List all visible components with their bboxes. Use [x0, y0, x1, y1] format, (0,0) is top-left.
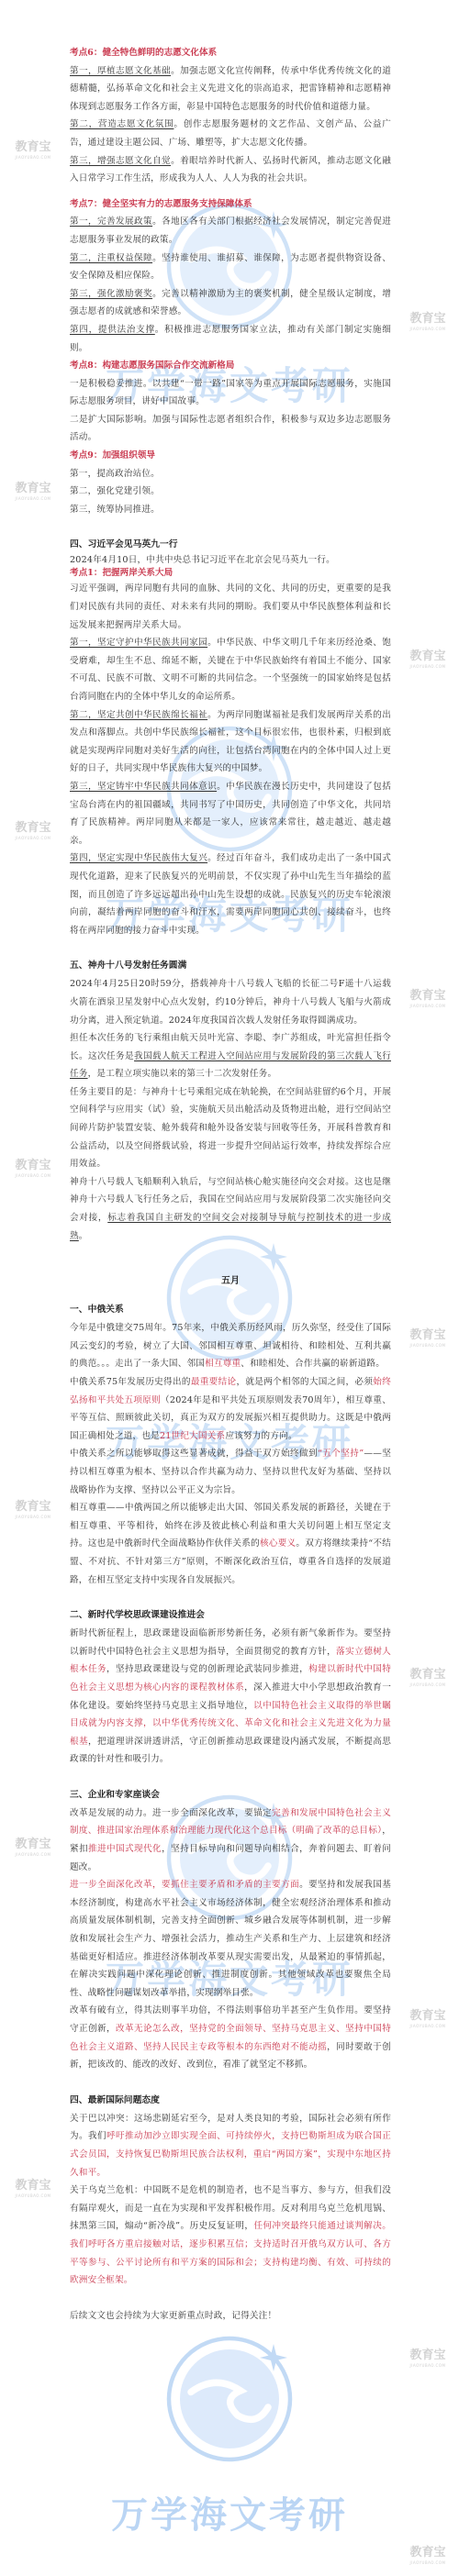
kaodian7-title: 考点7：健全坚实有力的志愿服务支持保障体系: [70, 195, 391, 214]
kaodian8-title: 考点8：构建志愿服务国际合作交流新格局: [70, 357, 391, 375]
section-heading-china-russia: 一、中俄关系: [70, 1301, 391, 1319]
section-heading-shenzhou18: 五、神舟十八号发射任务圆满: [70, 957, 391, 975]
side-watermark: 教育宝JIAOYUBAO.COM: [9, 140, 57, 161]
brand-logo-text: 万学海文考研: [96, 2486, 363, 2538]
ideological-course-p: 新时代新征程上，思政课建设面临新形势新任务，必须有新气象新作为。要坚持以新时代中…: [70, 1625, 391, 1769]
china-russia-p2: 中俄关系75年发展历史得出的最重要结论，就是两个相邻的大国之间，必须始终弘扬和平…: [70, 1373, 391, 1445]
kaodian6-item-3: 第三，增强志愿文化自觉。着眼培养时代新人、弘扬时代新风，推动志愿文化融入日常学习…: [70, 152, 391, 188]
cross-strait-item-2: 第二，坚定共创中华民族绵长福祉。为两岸同胞谋福祉是我们发展两岸关系的出发点和落脚…: [70, 706, 391, 778]
shenzhou18-crew: 担任本次任务的飞行乘组由航天员叶光富、李聪、李广苏组成，叶光富担任指令长。这次任…: [70, 1029, 391, 1083]
side-watermark: 教育宝JIAOYUBAO.COM: [9, 2179, 57, 2199]
side-watermark: 教育宝JIAOYUBAO.COM: [404, 1668, 452, 1688]
kaodian9-item-2: 第二，强化党建引领。: [70, 483, 391, 501]
cross-strait-intro: 习近平强调，两岸同胞有共同的血脉、共同的文化、共同的历史，更重要的是我们对民族有…: [70, 580, 391, 634]
section-heading-international-issues: 四、最新国际问题态度: [70, 2092, 391, 2110]
enterprise-forum-p3: 改革有破有立，得其法则事半功倍，不得法则事倍功半甚至产生负作用。要坚持守正创新，…: [70, 2002, 391, 2073]
document-body: 考点6：健全特色鲜明的志愿文化体系 第一，厚植志愿文化基础。加强志愿文化宣传阐释…: [70, 44, 391, 2325]
enterprise-forum-p2: 进一步全面深化改革，要抓住主要矛盾和矛盾的主要方面。要坚持和发展我国基本经济制度…: [70, 1876, 391, 2002]
side-watermark: 教育宝JIAOYUBAO.COM: [404, 1328, 452, 1349]
kaodian8-item-2: 二是扩大国际影响。加强与国际性志愿者组织合作，积极参与双边多边志愿服务活动。: [70, 411, 391, 447]
side-watermark: 教育宝JIAOYUBAO.COM: [404, 2009, 452, 2029]
section-heading-enterprise-forum: 三、企业和专家座谈会: [70, 1786, 391, 1804]
kaodian6-item-1: 第一，厚植志愿文化基础。加强志愿文化宣传阐释，传承中华优秀传统文化的道德精髓，弘…: [70, 62, 391, 117]
side-watermark: 教育宝JIAOYUBAO.COM: [404, 989, 452, 1009]
shenzhou18-docking: 神舟十八号载人飞船顺利入轨后，与空间站核心舱实施径向交会对接。这也是继神舟十六号…: [70, 1173, 391, 1245]
brand-logo-icon: [161, 2330, 298, 2468]
shenzhou18-launch: 2024年4月25日20时59分，搭载神舟十八号载人飞船的长征二号F遥十八运载火…: [70, 975, 391, 1029]
side-watermark: 教育宝JIAOYUBAO.COM: [404, 650, 452, 670]
kaodian6-item-2: 第二，营造志愿文化氛围。创作志愿服务题材的文艺作品、文创产品、公益广告，通过建设…: [70, 116, 391, 151]
kaodian9-title: 考点9：加强组织领导: [70, 447, 391, 465]
kaodian7-item-3: 第三，强化激励褒奖。完善以精神激励为主的褒奖机制，健全星级认定制度，增强志愿者的…: [70, 285, 391, 321]
kaodian9-item-3: 第三，统筹协同推进。: [70, 501, 391, 519]
kaodian6-title: 考点6：健全特色鲜明的志愿文化体系: [70, 44, 391, 62]
china-russia-p3: 中俄关系之所以能够取得这些显著成就，得益于双方始终做到“五个坚持”——坚持以相互…: [70, 1445, 391, 1499]
closing-note: 后续文文也会持续为大家更新重点时政，记得关注！: [70, 2307, 391, 2326]
side-watermark: 教育宝JIAOYUBAO.COM: [9, 1500, 57, 1520]
side-watermark: 教育宝JIAOYUBAO.COM: [9, 1159, 57, 1179]
china-russia-p4: 相互尊重——中俄两国之所以能够走出大国、邻国关系发展的新路径，关键在于相互尊重、…: [70, 1499, 391, 1589]
side-watermark: 教育宝JIAOYUBAO.COM: [404, 2348, 452, 2369]
side-watermark: 教育宝JIAOYUBAO.COM: [404, 2546, 452, 2566]
cross-strait-item-4: 第四，坚定实现中华民族伟大复兴。经过百年奋斗，我们成功走出了一条中国式现代化道路…: [70, 849, 391, 939]
side-watermark: 教育宝JIAOYUBAO.COM: [9, 821, 57, 841]
ukraine-crisis-p: 关于乌克兰危机：中国既不是危机的制造者，也不是当事方、参与方，但我们没有隔岸观火…: [70, 2182, 391, 2290]
side-watermark: 教育宝JIAOYUBAO.COM: [9, 1838, 57, 1858]
kaodian8-item-1: 一是积极稳妥推进。以共建“一带一路”国家等为重点开展国际志愿服务，实施国际志愿服…: [70, 375, 391, 411]
kaodian7-item-1: 第一，完善发展政策。各地区各有关部门根据经济社会发展情况，制定完善促进志愿服务事…: [70, 213, 391, 249]
side-watermark: 教育宝JIAOYUBAO.COM: [9, 482, 57, 502]
kaodian7-item-2: 第二，注重权益保障。坚持谁使用、谁招募、谁保障，为志愿者提供物资设备、安全保障及…: [70, 250, 391, 285]
section-heading-xi-ma-meeting: 四、习近平会见马英九一行: [70, 536, 391, 554]
kaodian7-item-4: 第四，提供法治支撑。积极推进志愿服务国家立法，推动有关部门制定实施细则。: [70, 321, 391, 357]
cross-strait-item-3: 第三，坚定铸牢中华民族共同体意识。中华民族在漫长历史中，共同建设了包括宝岛台湾在…: [70, 778, 391, 849]
enterprise-forum-p1: 改革是发展的动力。进一步全面深化改革，要锚定完善和发展中国特色社会主义制度、推进…: [70, 1804, 391, 1876]
section-heading-ideological-course: 二、新时代学校思政课建设推进会: [70, 1606, 391, 1625]
shenzhou18-mission-goals: 任务主要目的是：与神舟十七号乘组完成在轨轮换，在空间站驻留约6个月，开展空间科学…: [70, 1083, 391, 1173]
side-watermark: 教育宝JIAOYUBAO.COM: [404, 312, 452, 332]
palestine-israel-p: 关于巴以冲突：这场悲剧延宕至今，是对人类良知的考验，国际社会必须有所作为。我们呼…: [70, 2110, 391, 2182]
meeting-date-line: 2024年4月10日，中共中央总书记习近平在北京会见马英九一行。: [70, 554, 391, 567]
cross-strait-item-1: 第一，坚定守护中华民族共同家园。中华民族、中华文明几千年来历经沧桑、饱受磨难，却…: [70, 634, 391, 705]
kaodian9-item-1: 第一，提高政治站位。: [70, 465, 391, 483]
month-title-may: 五月: [70, 1271, 391, 1292]
china-russia-p1: 今年是中俄建交75周年。75年来，中俄关系历经风雨，历久弥坚，经受住了国际风云变…: [70, 1319, 391, 1373]
kaodian1-title: 考点1：把握两岸关系大局: [70, 567, 391, 580]
